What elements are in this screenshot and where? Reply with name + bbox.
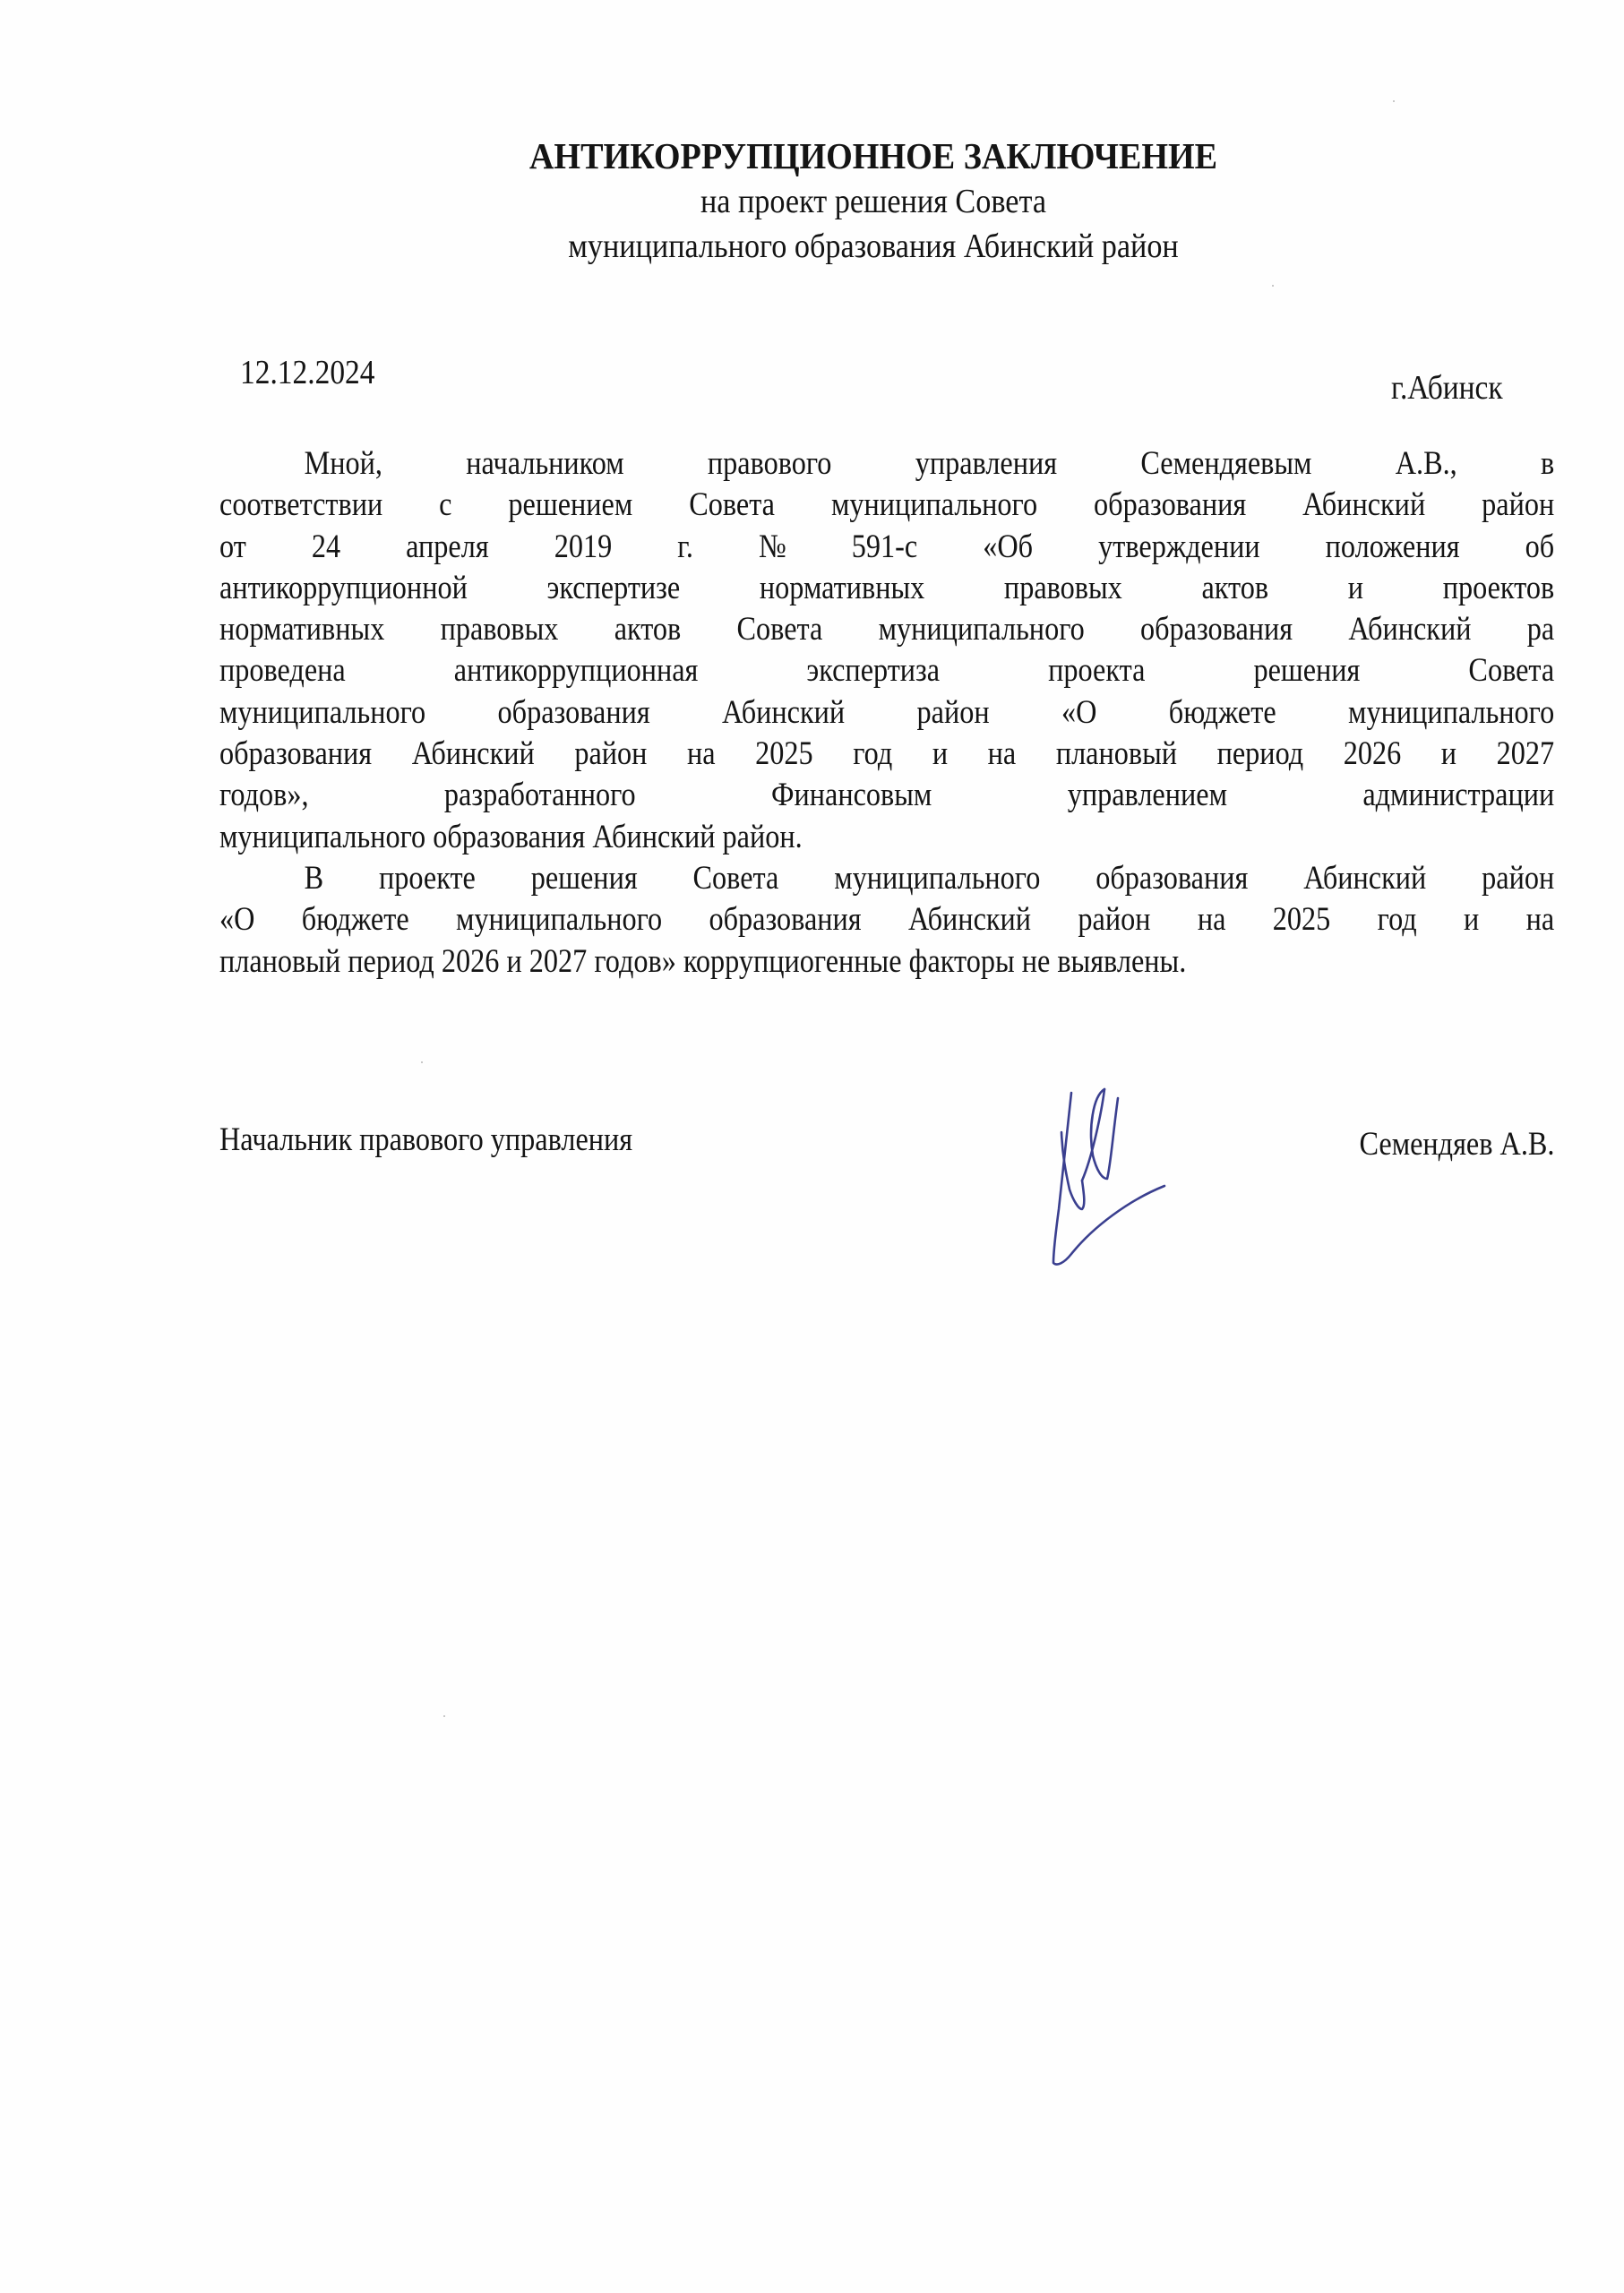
body-line: антикоррупционнойэкспертизенормативныхпр… (219, 568, 1554, 609)
body-word: «Об (983, 527, 1033, 568)
body-word: утверждении (1098, 527, 1259, 568)
body-word: № (759, 527, 786, 568)
body-word: Абинский (412, 734, 535, 775)
body-word: муниципального (834, 858, 1040, 899)
body-line: Мной,начальникомправовогоуправленияСемен… (219, 443, 1554, 485)
body-line: от24апреля2019г.№591-с«Обутвержденииполо… (219, 527, 1554, 568)
body-word: ра (1527, 609, 1554, 650)
body-word: 591-с (852, 527, 917, 568)
body-word: «О (1061, 692, 1096, 734)
body-line: «ОбюджетемуниципальногообразованияАбинск… (219, 899, 1554, 940)
body-word: В (305, 858, 324, 899)
body-word: правового (708, 443, 832, 485)
body-word: администрации (1362, 775, 1554, 816)
body-word: апреля (406, 527, 489, 568)
body-word: Совета (689, 485, 775, 526)
body-word: решением (508, 485, 632, 526)
body-word: А.В., (1396, 443, 1457, 485)
body-word: проекте (379, 858, 476, 899)
body-word: с (439, 485, 451, 526)
body-word: Семендяевым (1140, 443, 1311, 485)
body-word: муниципального (879, 609, 1085, 650)
body-word: период (1217, 734, 1304, 775)
body-word: 2025 (755, 734, 813, 775)
body-word: от (219, 527, 246, 568)
body-word: об (1525, 527, 1555, 568)
document-page: АНТИКОРРУПЦИОННОЕ ЗАКЛЮЧЕНИЕ на проект р… (0, 0, 1624, 2293)
body-line: нормативныхправовыхактовСоветамуниципаль… (219, 609, 1554, 650)
body-word: 24 (312, 527, 340, 568)
body-word: район (1482, 485, 1554, 526)
body-word: экспертиза (806, 650, 940, 691)
body-word: муниципального (219, 692, 425, 734)
document-title: АНТИКОРРУПЦИОННОЕ ЗАКЛЮЧЕНИЕ (477, 133, 1269, 179)
body-word: муниципального (1348, 692, 1554, 734)
body-word: управления (915, 443, 1057, 485)
body-line: годов»,разработанногоФинансовымуправлени… (219, 775, 1554, 816)
body-word: правовых (441, 609, 559, 650)
body-line: муниципального образования Абинский райо… (219, 817, 1554, 858)
document-body: Мной,начальникомправовогоуправленияСемен… (219, 443, 1554, 983)
scan-artifact (1393, 100, 1395, 102)
body-word: и (932, 734, 948, 775)
body-word: образования (709, 899, 862, 940)
document-subtitle-line1: на проект решения Совета (491, 179, 1257, 224)
body-word: 2025 (1273, 899, 1331, 940)
body-word: Совета (1468, 650, 1554, 691)
body-word: Совета (737, 609, 823, 650)
document-subtitle-line2: муниципального образования Абинский райо… (491, 224, 1257, 269)
body-word: антикоррупционной (219, 568, 468, 609)
body-word: район (917, 692, 990, 734)
body-word: Совета (693, 858, 779, 899)
body-line: плановый период 2026 и 2027 годов» корру… (219, 941, 1554, 983)
signatory-name: Семендяев А.В. (1359, 1124, 1554, 1165)
body-word: год (853, 734, 892, 775)
body-word: бюджете (302, 899, 409, 940)
body-word: муниципального (831, 485, 1037, 526)
body-word: и (1441, 734, 1456, 775)
body-word: Абинский (1348, 609, 1471, 650)
body-word: год (1378, 899, 1417, 940)
body-word: бюджете (1169, 692, 1276, 734)
body-word: антикоррупционная (454, 650, 699, 691)
document-header: АНТИКОРРУПЦИОННОЕ ЗАКЛЮЧЕНИЕ на проект р… (448, 133, 1299, 269)
body-word: «О (219, 899, 254, 940)
body-word: на (988, 734, 1017, 775)
body-word: 2019 (554, 527, 613, 568)
body-line: ВпроектерешенияСоветамуниципальногообраз… (219, 858, 1554, 899)
body-word: муниципального (456, 899, 662, 940)
body-word: образования (498, 692, 650, 734)
body-word: Абинский (1302, 485, 1425, 526)
body-word: проведена (219, 650, 346, 691)
body-lines-container: Мной,начальникомправовогоуправленияСемен… (219, 443, 1554, 983)
body-line: муниципальногообразованияАбинскийрайон«О… (219, 692, 1554, 734)
body-word: в (1541, 443, 1554, 485)
body-word: Финансовым (771, 775, 932, 816)
body-word: район (1482, 858, 1554, 899)
body-line: проведенаантикоррупционнаяэкспертизапрое… (219, 650, 1554, 691)
body-word: образования (1140, 609, 1293, 650)
body-word: разработанного (444, 775, 636, 816)
scan-artifact (443, 1715, 445, 1717)
body-word: 2027 (1497, 734, 1555, 775)
body-word: образования (1096, 858, 1248, 899)
body-word: образования (219, 734, 372, 775)
body-word: и (1348, 568, 1363, 609)
body-word: на (1526, 899, 1555, 940)
body-word: район (1078, 899, 1150, 940)
body-word: муниципального образования Абинский райо… (219, 817, 803, 858)
body-word: образования (1094, 485, 1246, 526)
body-word: Абинский (1303, 858, 1426, 899)
body-word: район (574, 734, 647, 775)
body-word: г. (677, 527, 693, 568)
body-word: соответствии (219, 485, 382, 526)
body-line: образованияАбинскийрайонна2025годинаплан… (219, 734, 1554, 775)
body-word: Абинский (908, 899, 1031, 940)
body-word: плановый период 2026 и 2027 годов» корру… (219, 941, 1186, 983)
body-word: экспертизе (547, 568, 681, 609)
signatory-position: Начальник правового управления (219, 1120, 632, 1161)
body-word: актов (1201, 568, 1268, 609)
body-word: 2026 (1344, 734, 1402, 775)
body-word: положения (1326, 527, 1460, 568)
body-word: проектов (1443, 568, 1554, 609)
document-date: 12.12.2024 (240, 352, 374, 393)
body-word: на (1198, 899, 1226, 940)
document-city: г.Абинск (1391, 367, 1503, 408)
handwritten-signature-icon (1039, 1075, 1191, 1281)
body-word: правовых (1004, 568, 1122, 609)
body-word: решения (531, 858, 638, 899)
body-word: на (687, 734, 716, 775)
body-word: плановый (1056, 734, 1177, 775)
body-word: актов (614, 609, 682, 650)
body-word: и (1464, 899, 1479, 940)
scan-artifact (1272, 285, 1274, 287)
body-word: нормативных (219, 609, 384, 650)
body-word: решения (1253, 650, 1360, 691)
body-word: управлением (1068, 775, 1227, 816)
scan-artifact (421, 1061, 423, 1063)
body-word: годов», (219, 775, 309, 816)
body-line: соответствиисрешениемСоветамуниципальног… (219, 485, 1554, 526)
body-word: Мной, (305, 443, 382, 485)
body-word: Абинский (722, 692, 845, 734)
body-word: нормативных (760, 568, 924, 609)
body-word: начальником (466, 443, 623, 485)
body-word: проекта (1048, 650, 1145, 691)
